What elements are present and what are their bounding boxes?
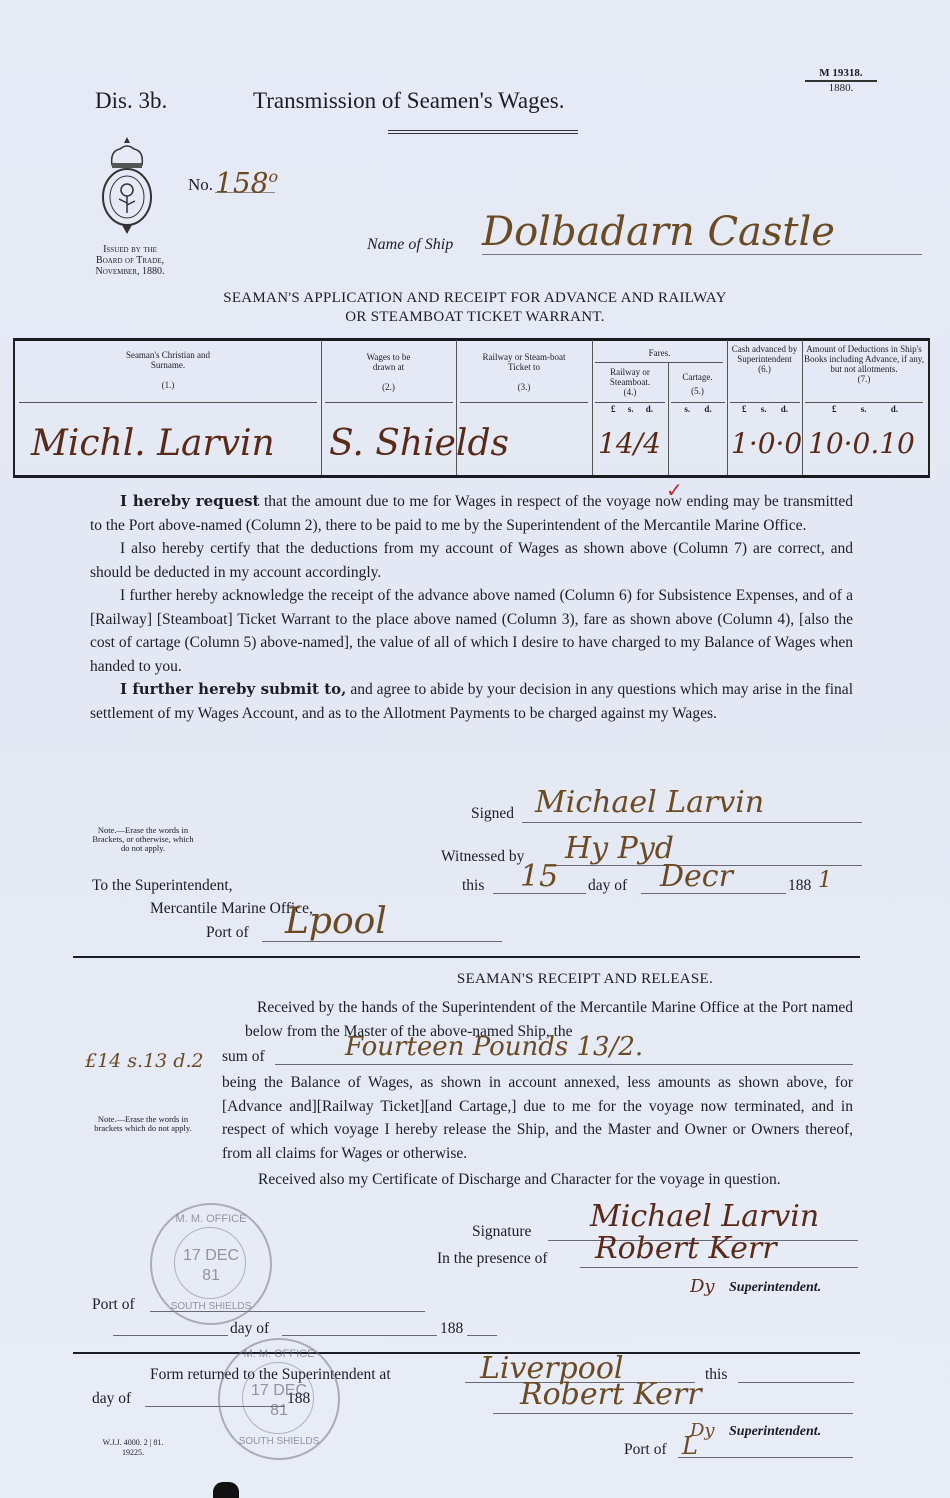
seaman-name-cell[interactable]: Michl. Larvin	[31, 424, 319, 464]
form-code: M 19318. 1880.	[805, 67, 877, 94]
board-of-trade-crest-icon	[98, 135, 156, 235]
col4-units: £ s. d.	[597, 404, 667, 414]
stamp-top-text: M. M. OFFICE	[152, 1213, 270, 1225]
returned-day-of-label: day of	[92, 1390, 131, 1408]
returned-signature-line	[493, 1413, 853, 1414]
returned-this-label: this	[705, 1366, 727, 1384]
day-of-label: day of	[588, 877, 627, 895]
submit-paragraph: I further hereby submit to, and agree to…	[90, 678, 853, 725]
railway-fare-cell[interactable]: 14/4	[598, 424, 666, 464]
release-heading: SEAMAN'S RECEIPT AND RELEASE.	[110, 971, 950, 988]
release-year-line	[467, 1335, 497, 1336]
release-day-line	[113, 1335, 228, 1336]
form-code-year: 1880.	[805, 82, 877, 94]
release-text-2: being the Balance of Wages, as shown in …	[222, 1071, 853, 1165]
number-value: 158	[215, 166, 268, 199]
sum-of-label: sum of	[222, 1048, 265, 1066]
header-rule	[730, 402, 800, 403]
to-superintendent: To the Superintendent,	[92, 877, 233, 895]
red-check-mark-icon: ✓	[666, 478, 683, 502]
col7-label: Amount of Deductions in Ship's Books inc…	[802, 344, 926, 374]
col7-units: £ s. d.	[805, 404, 925, 414]
signature-label: Signature	[472, 1223, 531, 1241]
col3-num: (3.)	[456, 382, 592, 392]
issued-line-3: November, 1880.	[70, 266, 190, 277]
request-paragraph: I hereby request that the amount due to …	[90, 490, 853, 537]
stamp2-top-text: M. M. OFFICE	[220, 1348, 338, 1360]
table-bottom-border	[13, 475, 930, 478]
certify-paragraph: I also hereby certify that the deduction…	[90, 537, 853, 584]
issued-line-1: Issued by the	[70, 244, 190, 255]
release-day-of-label: day of	[230, 1320, 269, 1338]
application-heading-line1: SEAMAN'S APPLICATION AND RECEIPT FOR ADV…	[0, 290, 950, 307]
returned-port-line	[678, 1457, 853, 1458]
col3-label: Railway or Steam-boat Ticket to	[456, 352, 592, 372]
col6-header: Cash advanced by Superintendent (6.)	[727, 344, 802, 374]
col6-units: £ s. d.	[729, 404, 801, 414]
margin-amount[interactable]: £14 s.13 d.2	[85, 1050, 204, 1072]
presence-line	[580, 1267, 858, 1268]
application-text: I hereby request that the amount due to …	[90, 490, 853, 725]
issued-by: Issued by the Board of Trade, November, …	[70, 244, 190, 277]
witnessed-field[interactable]: Hy Pyd	[565, 832, 674, 866]
fares-rule	[595, 362, 723, 363]
office-date-stamp-2: M. M. OFFICE 17 DEC 81 SOUTH SHIELDS	[218, 1338, 340, 1460]
stamp-year: 81	[152, 1267, 270, 1285]
col-divider	[592, 340, 593, 476]
release-year-prefix: 188	[440, 1320, 463, 1338]
ship-name-label: Name of Ship	[367, 236, 453, 254]
document-page: M 19318. 1880. Dis. 3b. Transmission of …	[0, 0, 950, 1498]
col2-num: (2.)	[321, 382, 456, 392]
col5-num: (5.)	[668, 386, 727, 396]
number-field[interactable]: 158o	[215, 162, 275, 193]
presence-field[interactable]: Robert Kerr	[595, 1232, 777, 1266]
number-suffix: o	[268, 167, 278, 186]
returned-this-line	[738, 1382, 854, 1383]
returned-port-field[interactable]: L	[682, 1432, 698, 1460]
returned-port-label: Port of	[624, 1441, 667, 1459]
signature-field[interactable]: Michael Larvin	[590, 1200, 819, 1234]
col7-num: (7.)	[802, 374, 926, 384]
col2-header: Wages to be drawn at (2.)	[321, 352, 456, 392]
sum-field[interactable]: Fourteen Pounds 13/2.	[345, 1032, 643, 1062]
col5-header: Cartage. (5.)	[668, 372, 727, 396]
col1-label: Seaman's Christian and Surname.	[15, 350, 321, 370]
col2-label: Wages to be drawn at	[321, 352, 456, 372]
stamp2-year: 81	[220, 1402, 338, 1420]
number-label: No.	[188, 175, 213, 195]
stamp-bottom-text: SOUTH SHIELDS	[152, 1301, 270, 1312]
col7-header: Amount of Deductions in Ship's Books inc…	[802, 344, 926, 384]
stamp2-date: 17 DEC	[220, 1382, 338, 1400]
issued-line-2: Board of Trade,	[70, 255, 190, 266]
header-rule	[595, 402, 665, 403]
year-prefix: 188	[788, 877, 811, 895]
witnessed-label: Witnessed by	[441, 848, 524, 866]
col5-units: s. d.	[671, 404, 725, 414]
printer-line-2: 19225.	[93, 1448, 173, 1458]
certificate-text: Received also my Certificate of Discharg…	[222, 1168, 853, 1192]
header-rule	[19, 402, 317, 403]
signed-label: Signed	[471, 805, 514, 823]
section-divider-2	[73, 1352, 860, 1354]
deputy-mark: Dy	[690, 1276, 715, 1297]
signed-field[interactable]: Michael Larvin	[535, 786, 764, 820]
col3-header: Railway or Steam-boat Ticket to (3.)	[456, 352, 592, 392]
header-rule	[325, 402, 453, 403]
port-field[interactable]: Lpool	[285, 905, 387, 939]
col4-num: (4.)	[592, 387, 668, 397]
page-title: Transmission of Seamen's Wages.	[253, 88, 565, 114]
fares-group-header: Fares.	[592, 348, 727, 358]
deductions-cell[interactable]: 10·0.10	[808, 424, 926, 464]
col1-header: Seaman's Christian and Surname. (1.)	[15, 350, 321, 390]
title-divider	[388, 130, 578, 134]
col1-num: (1.)	[15, 380, 321, 390]
form-number: Dis. 3b.	[95, 88, 167, 114]
superintendent-label: Superintendent.	[729, 1280, 821, 1296]
col4-header: Railway or Steamboat. (4.)	[592, 367, 668, 397]
returned-superintendent-label: Superintendent.	[729, 1424, 821, 1440]
form-code-number: M 19318.	[805, 67, 877, 82]
col4-label: Railway or Steamboat.	[592, 367, 668, 387]
presence-label: In the presence of	[437, 1250, 548, 1268]
request-lead: I hereby request	[120, 492, 260, 510]
stamp2-bottom-text: SOUTH SHIELDS	[220, 1436, 338, 1447]
printer-line-1: W.J.J. 4000. 2 | 81.	[93, 1438, 173, 1448]
ship-name-field[interactable]: Dolbadarn Castle	[482, 210, 922, 255]
section-divider	[73, 956, 860, 958]
port-of-label: Port of	[206, 924, 249, 942]
release-port-label: Port of	[92, 1296, 135, 1314]
col6-label: Cash advanced by Superintendent	[727, 344, 802, 364]
col5-label: Cartage.	[668, 372, 727, 382]
this-label: this	[462, 877, 484, 895]
application-heading-line2: OR STEAMBOAT TICKET WARRANT.	[0, 309, 950, 326]
year-field[interactable]: 1	[818, 868, 832, 893]
release-brackets-note: Note.—Erase the words in brackets which …	[88, 1115, 198, 1133]
col6-num: (6.)	[727, 364, 802, 374]
signed-line	[522, 822, 862, 823]
sum-line	[275, 1064, 853, 1065]
header-rule	[671, 402, 725, 403]
printer-imprint: W.J.J. 4000. 2 | 81. 19225.	[93, 1438, 173, 1458]
returned-signature-field[interactable]: Robert Kerr	[520, 1378, 702, 1412]
submit-lead: I further hereby submit to,	[120, 680, 346, 698]
office-date-stamp: M. M. OFFICE 17 DEC 81 SOUTH SHIELDS	[150, 1203, 272, 1325]
header-rule	[460, 402, 588, 403]
acknowledge-paragraph: I further hereby acknowledge the receipt…	[90, 584, 853, 678]
brackets-note: Note.—Erase the words in Brackets, or ot…	[88, 826, 198, 853]
release-month-line	[282, 1335, 437, 1336]
stamp-date: 17 DEC	[152, 1247, 270, 1265]
clip-mark	[213, 1482, 239, 1498]
cash-advanced-cell[interactable]: 1·0·0	[731, 424, 801, 464]
wages-drawn-at-cell[interactable]: S. Shields	[329, 424, 579, 464]
header-rule	[805, 402, 923, 403]
wages-table: Seaman's Christian and Surname. (1.) Wag…	[13, 340, 930, 476]
month-field[interactable]: Decr	[660, 860, 733, 894]
day-field[interactable]: 15	[520, 860, 558, 894]
